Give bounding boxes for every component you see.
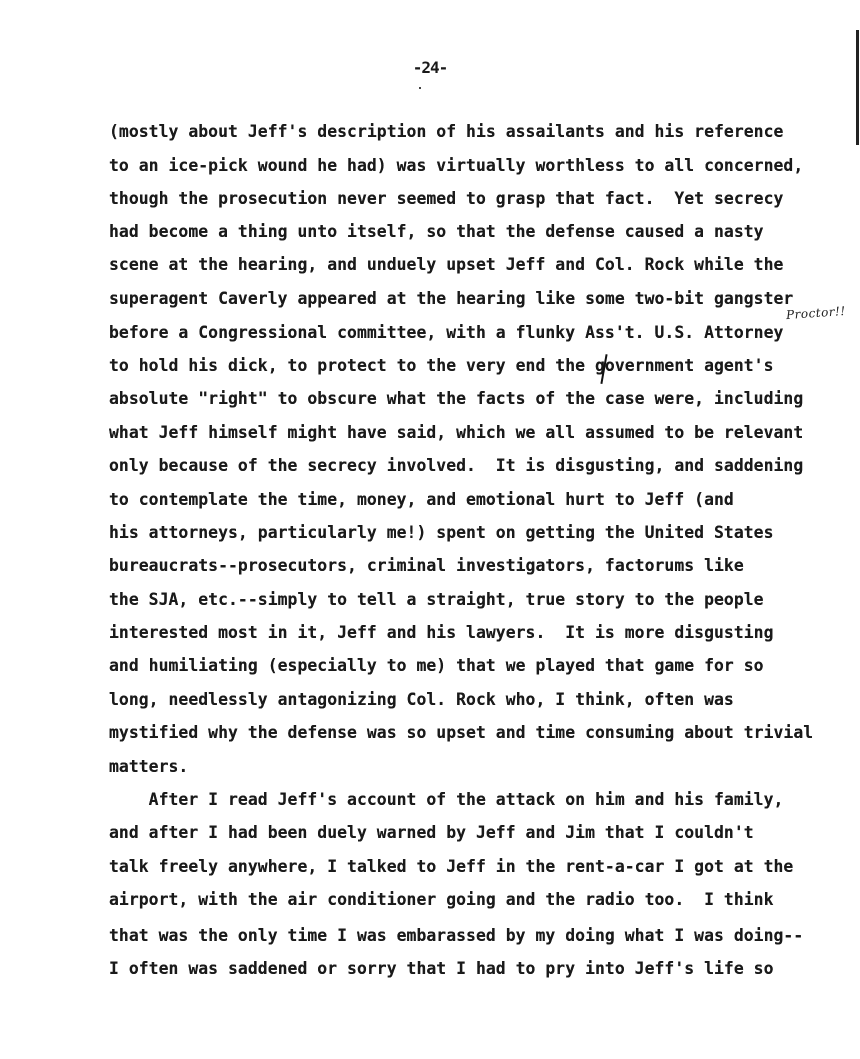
text-line: to contemplate the time, money, and emot… <box>109 490 734 510</box>
text-line: scene at the hearing, and unduely upset … <box>109 255 783 275</box>
text-line: and humiliating (especially to me) that … <box>109 656 764 676</box>
text-line: the SJA, etc.--simply to tell a straight… <box>109 590 764 610</box>
text-line: though the prosecution never seemed to g… <box>109 189 783 209</box>
text-line: superagent Caverly appeared at the heari… <box>109 289 793 309</box>
document-page: -24- (mostly about Jeff's description of… <box>0 0 860 1059</box>
text-line: long, needlessly antagonizing Col. Rock … <box>109 690 734 710</box>
text-line: absolute "right" to obscure what the fac… <box>109 389 803 409</box>
text-line: and after I had been duely warned by Jef… <box>109 823 754 843</box>
text-line: talk freely anywhere, I talked to Jeff i… <box>109 857 793 877</box>
text-line: his attorneys, particularly me!) spent o… <box>109 523 774 543</box>
text-line: matters. <box>109 757 188 777</box>
text-line: had become a thing unto itself, so that … <box>109 222 764 242</box>
text-line: airport, with the air conditioner going … <box>109 890 774 910</box>
text-line: I often was saddened or sorry that I had… <box>109 959 774 979</box>
text-line: to an ice-pick wound he had) was virtual… <box>109 156 803 176</box>
text-line: (mostly about Jeff's description of his … <box>109 122 783 142</box>
text-line: that was the only time I was embarassed … <box>109 926 803 946</box>
scan-edge-mark <box>856 30 859 145</box>
handwritten-annotation: Proctor!! <box>786 304 847 322</box>
page-number: -24- <box>0 58 860 77</box>
text-line: what Jeff himself might have said, which… <box>109 423 803 443</box>
text-line: only because of the secrecy involved. It… <box>109 456 803 476</box>
text-line: to hold his dick, to protect to the very… <box>109 356 774 376</box>
text-line: mystified why the defense was so upset a… <box>109 723 813 743</box>
text-line: bureaucrats--prosecutors, criminal inves… <box>109 556 744 576</box>
scan-speck <box>419 87 421 89</box>
text-line: before a Congressional committee, with a… <box>109 323 783 343</box>
text-line: interested most in it, Jeff and his lawy… <box>109 623 774 643</box>
text-line: After I read Jeff's account of the attac… <box>109 790 783 810</box>
